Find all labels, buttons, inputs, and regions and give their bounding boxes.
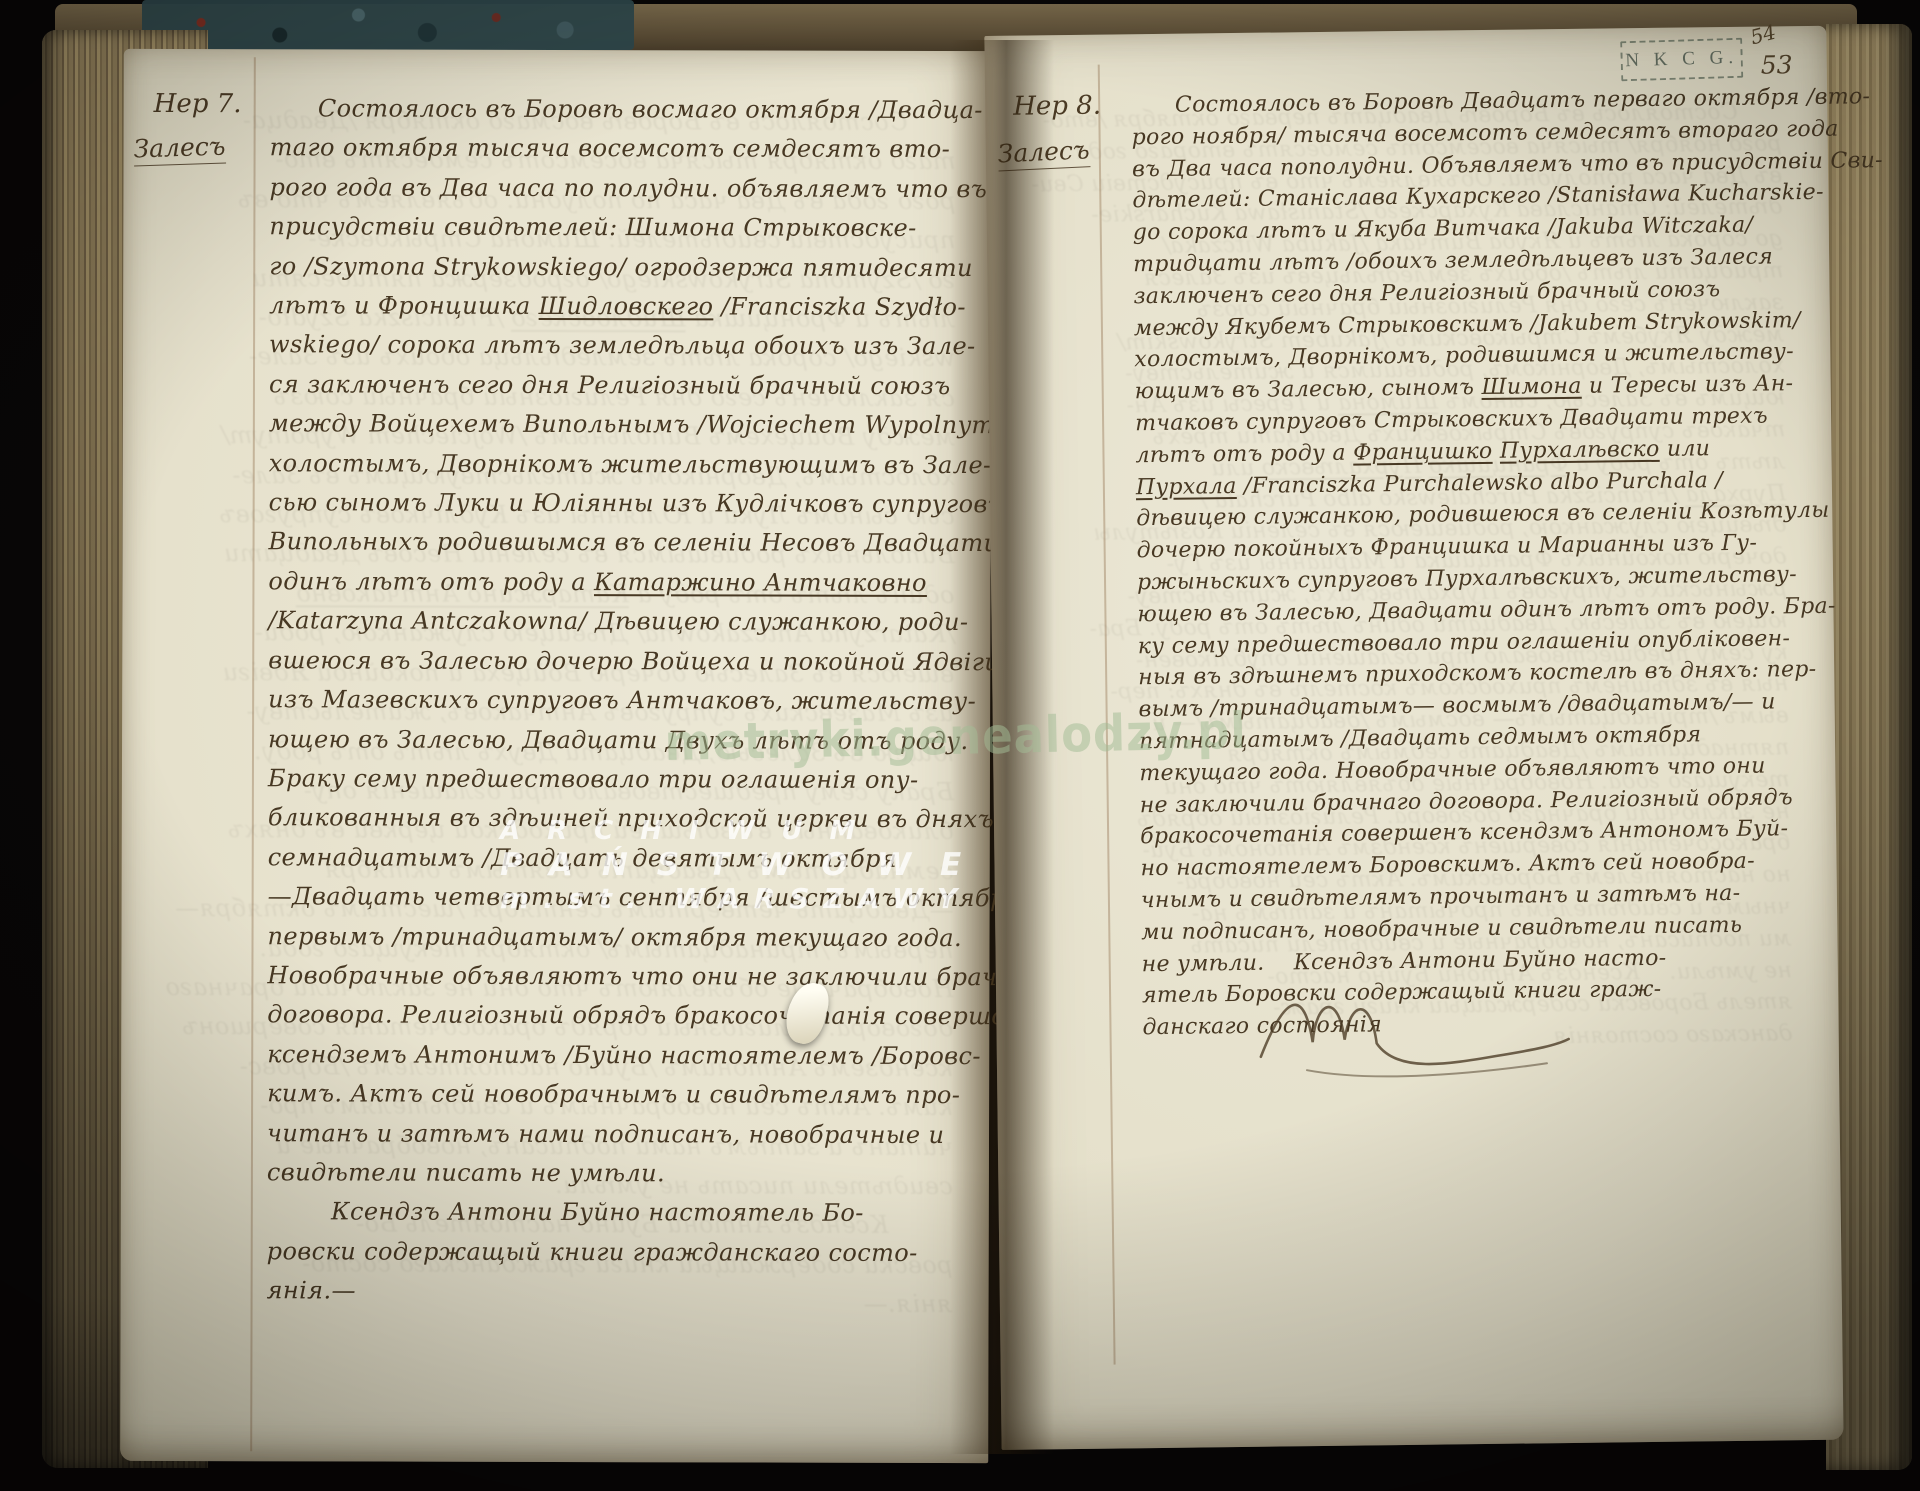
text-line: янія.—: [267, 1271, 979, 1312]
text-line: Новобрачные объявляютъ что они не заключ…: [267, 956, 979, 997]
watermark-archive-line2: PAŃSTWOWE: [500, 848, 990, 882]
text-line: лѣтъ и Фронцишка Шидловскего /Franciszka…: [269, 286, 981, 327]
text-line: первымъ /тринадцатымъ/ октября текущаго …: [267, 917, 979, 958]
text-line: кимъ. Актъ сей новобрачнымъ и свидѣтелям…: [267, 1074, 979, 1115]
text-line: рого года въ Два часа по полудни. объявл…: [269, 168, 981, 209]
text-line: договора. Религіозный обрядъ бракосочета…: [267, 996, 979, 1037]
text-line: таго октября тысяча восемсотъ семдесятъ …: [270, 129, 982, 170]
text-line: между Войцехемъ Випольнымъ /Wojciechem W…: [269, 404, 981, 445]
archive-stamp: N K C G.: [1620, 38, 1743, 82]
text-line: wskiego/ сорока лѣтъ земледѣльца обоихъ …: [269, 326, 981, 367]
watermark-archive: ARCHIWUM PAŃSTWOWE m.st. WARSZAWY: [500, 814, 990, 916]
text-line: Состоялось въ Боровѣ восмаго октября /Дв…: [270, 89, 982, 130]
marbled-endpaper-edge: [142, 0, 634, 50]
text-line: присудствіи свидѣтелей: Шимона Стрыковск…: [269, 207, 981, 248]
margin-note-number: Нер 7.: [154, 89, 242, 119]
text-line: Ксендзъ Антони Буйно настоятель Бо-: [267, 1193, 979, 1234]
text-line: свидѣтели писать не умѣли.: [267, 1153, 979, 1194]
text-line: ксендземъ Антонимъ /Буйно настоятелемъ /…: [267, 1035, 979, 1076]
text-line: /Katarzyna Antczakowna/ Дѣвицею служанко…: [268, 602, 980, 643]
watermark-site: metryki.genealodzy.pl: [664, 702, 1247, 772]
record-text-act-8: Состоялось въ Боровѣ Двадцатъ перваго ок…: [1131, 82, 1819, 1044]
text-line: холостымъ, Дворнікомъ жительствующимъ въ…: [269, 444, 981, 485]
text-line: Випольныхъ родившымся въ селеніи Несовъ …: [269, 523, 981, 564]
margin-note-place: Залесъ: [133, 132, 226, 167]
text-line: сью сыномъ Луки и Юліянны изъ Кудлічковъ…: [269, 483, 981, 524]
record-text-act-7: Состоялось въ Боровѣ восмаго октября /Дв…: [267, 89, 982, 1312]
text-line: читанъ и затѣмъ нами подписанъ, новобрач…: [267, 1114, 979, 1155]
watermark-archive-line3: m.st. WARSZAWY: [500, 882, 990, 916]
photo-of-register-book: Нер 7. Залесъ Состоялось въ Боровѣ восма…: [0, 0, 1920, 1491]
text-line: вшеюся въ Залесью дочерю Войцеха и покой…: [268, 641, 980, 682]
folio-number-53: 53: [1761, 50, 1793, 79]
watermark-archive-line1: ARCHIWUM: [500, 814, 990, 848]
text-line: го /Szymona Strykowskiego/ огродзержа пя…: [269, 247, 981, 288]
priest-signature-flourish-icon: [1246, 975, 1577, 1099]
text-line: ровски содержащый книги гражданскаго сос…: [267, 1232, 979, 1273]
text-line: ся заключенъ сего дня Религіозный брачны…: [269, 365, 981, 406]
text-line: одинъ лѣтъ отъ роду а Катаржино Антчаков…: [268, 562, 980, 603]
